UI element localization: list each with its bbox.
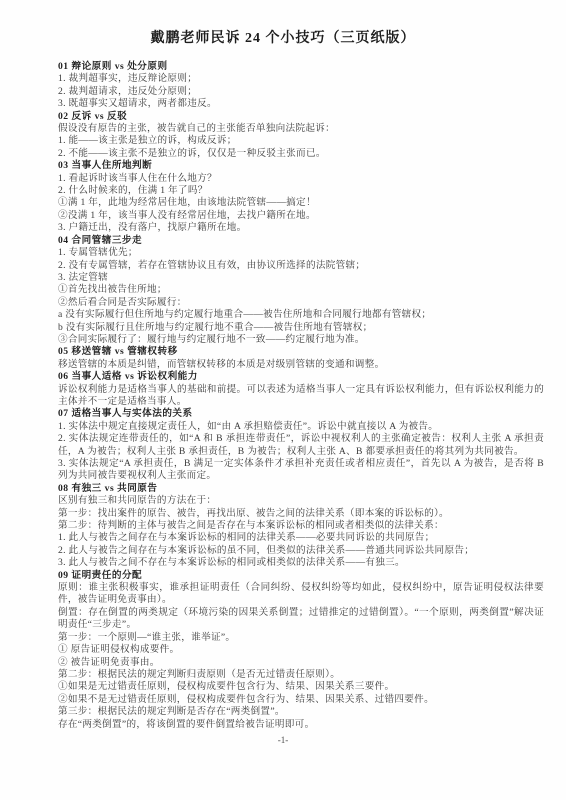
document-page: 戴鹏老师民诉 24 个小技巧（三页纸版） 01 辩论原则 vs 处分原则1. 裁…	[0, 0, 566, 800]
section-line: 第二步：根据民法的规定判断归责原则（是否无过错责任原则）。	[58, 669, 544, 681]
section-line: 1. 此人与被告之间存在与本案诉讼标的相同的法律关系——必要共同诉讼的共同原告；	[58, 532, 544, 544]
section-line: ①首先找出被告住所地；	[58, 284, 544, 296]
section-line: a 没有实际履行但住所地与约定履行地重合——被告住所地和合同履行地都有管辖权；	[58, 309, 544, 321]
section-line: ②然后看合同是否实际履行：	[58, 297, 544, 309]
section-heading: 09 证明责任的分配	[58, 570, 544, 582]
section-05: 05 移送管辖 vs 管辖权转移移送管辖的本质是纠错，而管辖权转移的本质是对级别…	[58, 346, 544, 371]
section-line: 1. 裁判超事实，违反辩论原则；	[58, 73, 544, 85]
section-line: ① 原告证明侵权构成要件。	[58, 644, 544, 656]
section-line: ②没满 1 年，该当事人没有经常居住地，去找户籍所在地。	[58, 210, 544, 222]
section-line: ③合同实际履行了：履行地与约定履行地不一致——约定履行地为准。	[58, 334, 544, 346]
section-heading: 06 当事人适格 vs 诉讼权利能力	[58, 371, 544, 383]
section-line: 1. 实体法中规定直接规定责任人，如“由 A 承担赔偿责任”。诉讼中就直接以 A…	[58, 421, 544, 433]
section-line: ①满 1 年，此地为经常居住地，由该地法院管辖——搞定！	[58, 197, 544, 209]
section-line: 原则：谁主张积极事实，谁承担证明责任（合同纠纷、侵权纠纷等均如此，侵权纠纷中，原…	[58, 582, 544, 607]
document-body: 01 辩论原则 vs 处分原则1. 裁判超事实，违反辩论原则；2. 裁判超请求，…	[58, 61, 544, 731]
section-line: ② 被告证明免责事由。	[58, 657, 544, 669]
section-08: 08 有独三 vs 共同原告区别有独三和共同原告的方法在于：第一步：找出案件的原…	[58, 483, 544, 570]
section-line: 1. 能——该主张是独立的诉，构成反诉；	[58, 135, 544, 147]
section-line: 移送管辖的本质是纠错，而管辖权转移的本质是对级别管辖的变通和调整。	[58, 359, 544, 371]
section-line: 2. 不能——该主张不是独立的诉，仅仅是一种反驳主张而已。	[58, 148, 544, 160]
section-line: 倒置：存在倒置的两类规定（环境污染的因果关系倒置；过错推定的过错倒置）。“一个原…	[58, 607, 544, 632]
section-02: 02 反诉 vs 反驳假设没有原告的主张，被告就自己的主张能否单独向法院起诉：1…	[58, 111, 544, 161]
section-line: 3. 实体法规定“A 承担责任，B 满足一定实体条件才承担补充责任或者相应责任”…	[58, 458, 544, 483]
section-line: 存在“两类倒置”的，将该倒置的要件倒置给被告证明即可。	[58, 719, 544, 731]
section-heading: 04 合同管辖三步走	[58, 235, 544, 247]
section-line: 3. 既超事实又超请求，两者都违反。	[58, 98, 544, 110]
page-number: -1-	[0, 735, 566, 745]
section-line: 第一步：找出案件的原告、被告，再找出原、被告之间的法律关系（即本案的诉讼标的）。	[58, 508, 544, 520]
section-line: 3. 法定管辖	[58, 272, 544, 284]
section-heading: 07 适格当事人与实体法的关系	[58, 408, 544, 420]
section-line: 1. 看起诉时该当事人住在什么地方？	[58, 173, 544, 185]
section-line: 假设没有原告的主张，被告就自己的主张能否单独向法院起诉：	[58, 123, 544, 135]
section-line: 2. 此人与被告之间存在与本案诉讼标的虽不同，但类似的法律关系——普通共同诉讼共…	[58, 545, 544, 557]
section-03: 03 当事人住所地判断1. 看起诉时该当事人住在什么地方？2. 什么时候来的，住…	[58, 160, 544, 234]
section-heading: 08 有独三 vs 共同原告	[58, 483, 544, 495]
section-heading: 02 反诉 vs 反驳	[58, 111, 544, 123]
section-line: ②如果不是无过错责任原则，侵权构成要件包含行为、结果、因果关系、过错四要件。	[58, 694, 544, 706]
section-line: 2. 没有专属管辖，若存在管辖协议且有效，由协议所选择的法院管辖；	[58, 260, 544, 272]
document-title: 戴鹏老师民诉 24 个小技巧（三页纸版）	[0, 27, 566, 47]
section-heading: 01 辩论原则 vs 处分原则	[58, 61, 544, 73]
section-line: 3. 此人与被告之间不存在与本案诉讼标的相同或相类似的法律关系——有独三。	[58, 557, 544, 569]
section-09: 09 证明责任的分配原则：谁主张积极事实，谁承担证明责任（合同纠纷、侵权纠纷等均…	[58, 570, 544, 731]
section-06: 06 当事人适格 vs 诉讼权利能力诉讼权利能力是适格当事人的基础和前提。可以表…	[58, 371, 544, 408]
section-line: 3. 户籍迁出，没有落户，找原户籍所在地。	[58, 222, 544, 234]
section-line: 第三步：根据民法的规定判断是否存在“两类倒置”。	[58, 706, 544, 718]
section-line: 第二步：待判断的主体与被告之间是否存在与本案诉讼标的相同或者相类似的法律关系：	[58, 520, 544, 532]
section-heading: 03 当事人住所地判断	[58, 160, 544, 172]
section-07: 07 适格当事人与实体法的关系1. 实体法中规定直接规定责任人，如“由 A 承担…	[58, 408, 544, 482]
section-line: 诉讼权利能力是适格当事人的基础和前提。可以表述为适格当事人一定具有诉讼权利能力，…	[58, 384, 544, 409]
section-heading: 05 移送管辖 vs 管辖权转移	[58, 346, 544, 358]
section-line: ①如果是无过错责任原则，侵权构成要件包含行为、结果、因果关系三要件。	[58, 681, 544, 693]
section-line: 2. 实体法规定连带责任的，如“A 和 B 承担连带责任”，诉讼中视权利人的主张…	[58, 433, 544, 458]
section-04: 04 合同管辖三步走1. 专属管辖优先；2. 没有专属管辖，若存在管辖协议且有效…	[58, 235, 544, 347]
section-line: 第一步：一个原则—“谁主张，谁举证”。	[58, 632, 544, 644]
section-01: 01 辩论原则 vs 处分原则1. 裁判超事实，违反辩论原则；2. 裁判超请求，…	[58, 61, 544, 111]
section-line: 区别有独三和共同原告的方法在于：	[58, 495, 544, 507]
section-line: 1. 专属管辖优先；	[58, 247, 544, 259]
section-line: 2. 什么时候来的，住满 1 年了吗？	[58, 185, 544, 197]
section-line: b 没有实际履行且住所地与约定履行地不重合——被告住所地有管辖权；	[58, 322, 544, 334]
section-line: 2. 裁判超请求，违反处分原则；	[58, 86, 544, 98]
